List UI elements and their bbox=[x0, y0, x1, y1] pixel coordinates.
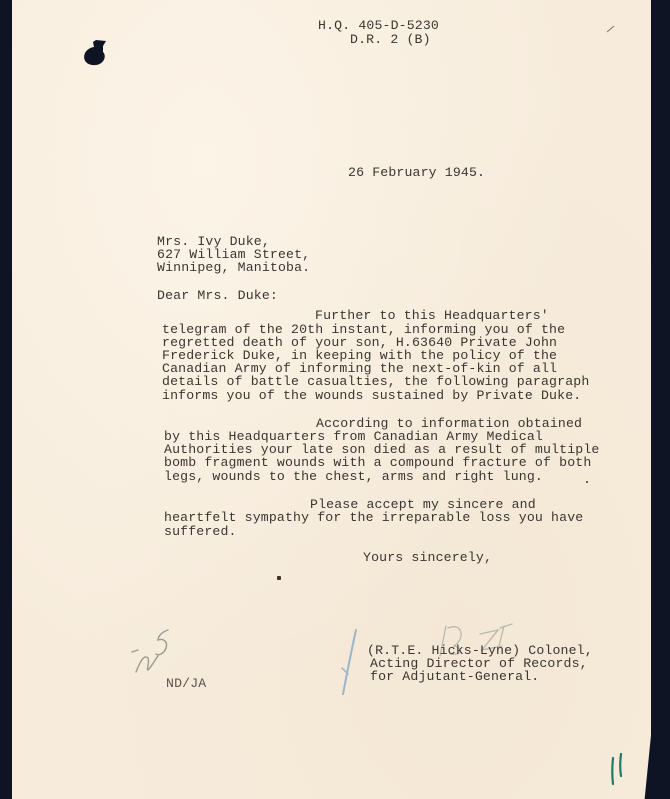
punch-hole-icon bbox=[82, 38, 108, 68]
salutation: Dear Mrs. Duke: bbox=[157, 289, 278, 303]
paragraph-line: legs, wounds to the chest, arms and righ… bbox=[164, 470, 543, 484]
letter-paper: H.Q. 405-D-5230 D.R. 2 (B) 26 February 1… bbox=[12, 0, 651, 799]
pencil-tick-mark bbox=[606, 24, 616, 34]
paragraph-line: suffered. bbox=[164, 525, 237, 539]
signatory-on-behalf: for Adjutant-General. bbox=[370, 670, 539, 684]
paragraph-line: informs you of the wounds sustained by P… bbox=[162, 389, 581, 403]
stray-mark bbox=[277, 576, 281, 580]
letter-date: 26 February 1945. bbox=[348, 166, 485, 180]
typist-initials: ND/JA bbox=[166, 677, 206, 691]
handwritten-margin-note bbox=[128, 626, 178, 676]
pen-stroke-mark bbox=[340, 628, 360, 698]
file-reference-line2: D.R. 2 (B) bbox=[350, 33, 431, 47]
stray-mark bbox=[586, 481, 588, 483]
scanned-document: H.Q. 405-D-5230 D.R. 2 (B) 26 February 1… bbox=[0, 0, 670, 799]
closing: Yours sincerely, bbox=[363, 551, 492, 565]
green-ink-mark bbox=[608, 750, 628, 790]
recipient-city: Winnipeg, Manitoba. bbox=[157, 261, 310, 275]
